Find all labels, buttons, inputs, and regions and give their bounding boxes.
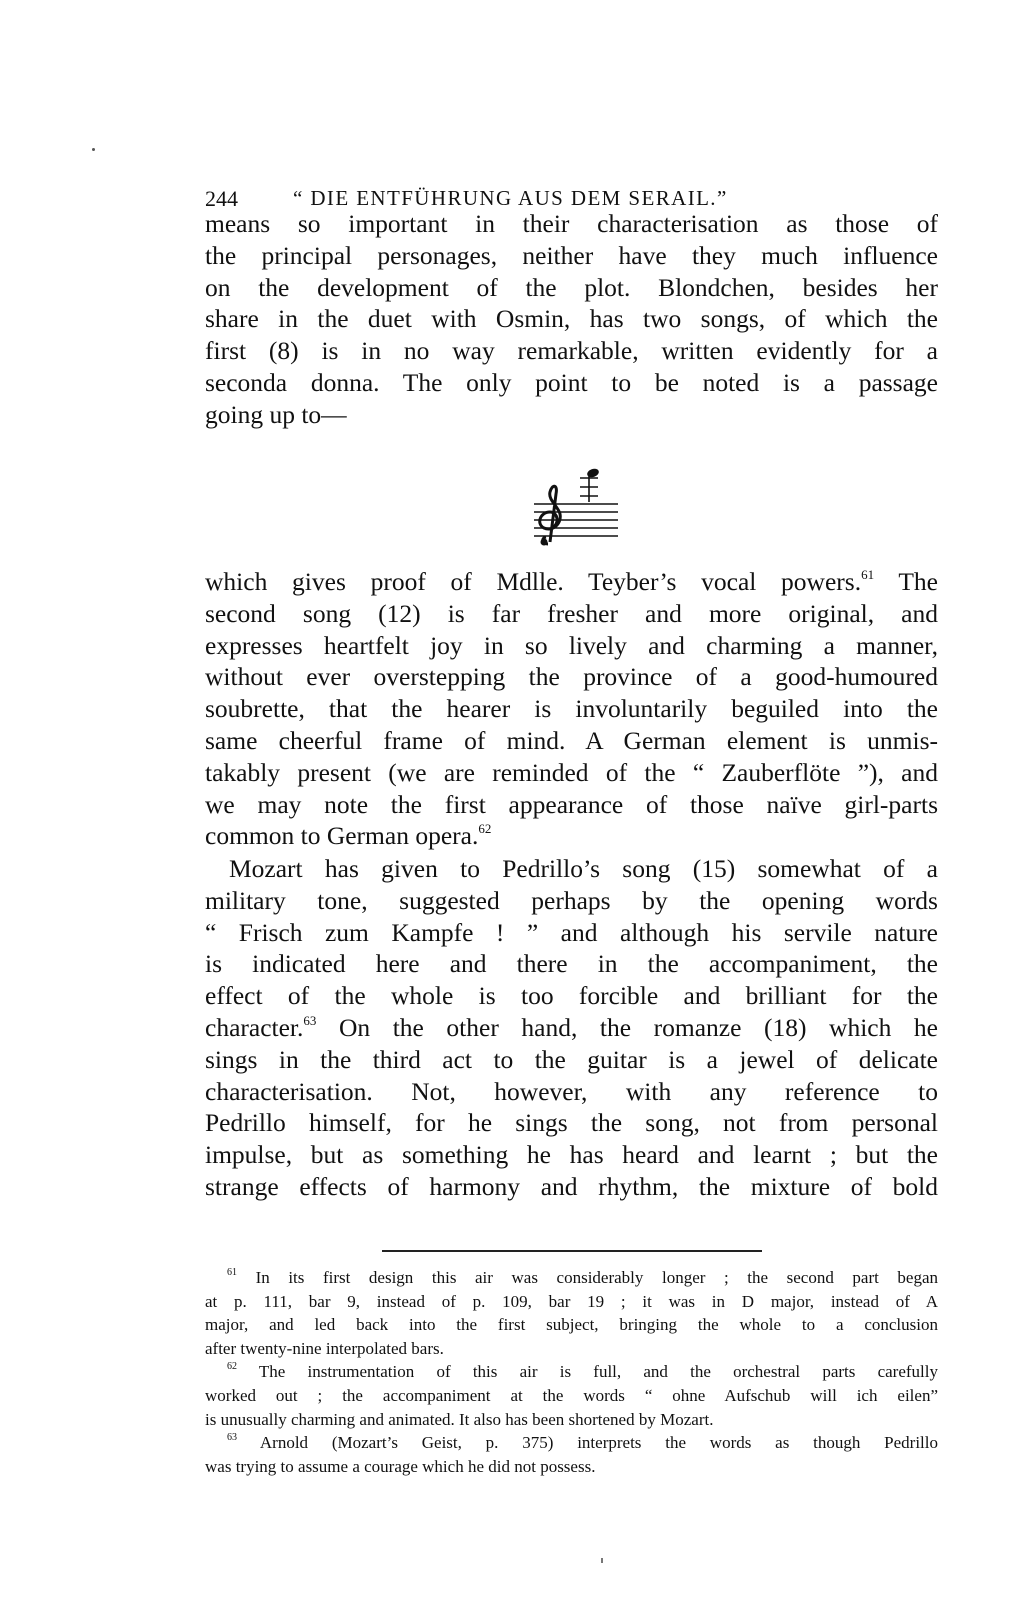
text-line: after twenty-nine interpolated bars. [205,1337,938,1361]
text-line: second song (12) is far fresher and more… [205,598,938,630]
text-line: at p. 111, bar 9, instead of p. 109, bar… [205,1290,938,1314]
text-line: 61 In its first design this air was cons… [205,1266,938,1290]
footnote-number: 61 [227,1267,237,1278]
scan-speck [92,148,95,151]
text-line: which gives proof of Mdlle. Teyber’s voc… [205,566,938,598]
footnote-ref-62[interactable]: 62 [478,821,491,836]
footnote-61: 61 In its first design this air was cons… [205,1266,938,1360]
footnote-number: 62 [227,1361,237,1372]
footnote-62: 62 The instrumentation of this air is fu… [205,1360,938,1431]
treble-clef-icon [528,466,618,546]
text-segment: Arnold (Mozart’s Geist, p. 375) interpre… [260,1433,938,1452]
text-line: Mozart has given to Pedrillo’s song (15)… [205,853,938,885]
text-line: Pedrillo himself, for he sings the song,… [205,1107,938,1139]
text-line: major, and led back into the first subje… [205,1313,938,1337]
paragraph-1: means so important in their characterisa… [205,208,938,431]
footnote-ref-61[interactable]: 61 [861,567,874,582]
text-line: was trying to assume a courage which he … [205,1455,938,1479]
text-line: characterisation. Not, however, with any… [205,1076,938,1108]
text-line: share in the duet with Osmin, has two so… [205,303,938,335]
text-line: effect of the whole is too forcible and … [205,980,938,1012]
paragraph-2: which gives proof of Mdlle. Teyber’s voc… [205,566,938,852]
footnotes: 61 In its first design this air was cons… [205,1266,938,1478]
text-line: same cheerful frame of mind. A German el… [205,725,938,757]
text-segment: In its first design this air was conside… [256,1268,938,1287]
text-line: we may note the first appearance of thos… [205,789,938,821]
text-line: common to German opera.62 [205,820,938,852]
text-line: “ Frisch zum Kampfe ! ” and although his… [205,917,938,949]
text-line: military tone, suggested perhaps by the … [205,885,938,917]
text-line: sings in the third act to the guitar is … [205,1044,938,1076]
text-line: 62 The instrumentation of this air is fu… [205,1360,938,1384]
text-line: the principal personages, neither have t… [205,240,938,272]
scan-speck [601,1558,603,1563]
footnote-63: 63 Arnold (Mozart’s Geist, p. 375) inter… [205,1431,938,1478]
text-line: impulse, but as something he has heard a… [205,1139,938,1171]
text-line: 63 Arnold (Mozart’s Geist, p. 375) inter… [205,1431,938,1455]
text-line: means so important in their characterisa… [205,208,938,240]
text-line: is indicated here and there in the accom… [205,948,938,980]
text-line: on the development of the plot. Blondche… [205,272,938,304]
text-line: strange effects of harmony and rhythm, t… [205,1171,938,1203]
text-line: character.63 On the other hand, the roma… [205,1012,938,1044]
text-line: seconda donna. The only point to be note… [205,367,938,399]
text-segment: On the other hand, the romanze (18) whic… [316,1013,938,1042]
book-page: 244 “ DIE ENTFÜHRUNG AUS DEM SERAIL.” me… [0,0,1034,1600]
text-line: going up to— [205,399,938,431]
text-line: worked out ; the accompaniment at the wo… [205,1384,938,1408]
footnote-divider [382,1250,762,1252]
text-line: first (8) is in no way remarkable, writt… [205,335,938,367]
text-line: takably present (we are reminded of the … [205,757,938,789]
text-line: without ever overstepping the province o… [205,661,938,693]
text-segment: The [874,567,938,596]
text-line: soubrette, that the hearer is involuntar… [205,693,938,725]
paragraph-3: Mozart has given to Pedrillo’s song (15)… [205,853,938,1203]
footnote-ref-63[interactable]: 63 [303,1013,316,1028]
text-line: expresses heartfelt joy in so lively and… [205,630,938,662]
text-segment: character. [205,1013,303,1042]
footnote-number: 63 [227,1432,237,1443]
text-segment: common to German opera. [205,821,478,850]
text-line: is unusually charming and animated. It a… [205,1408,938,1432]
text-segment: which gives proof of Mdlle. Teyber’s voc… [205,567,861,596]
text-segment: The instrumentation of this air is full,… [259,1362,938,1381]
music-example [528,466,618,546]
